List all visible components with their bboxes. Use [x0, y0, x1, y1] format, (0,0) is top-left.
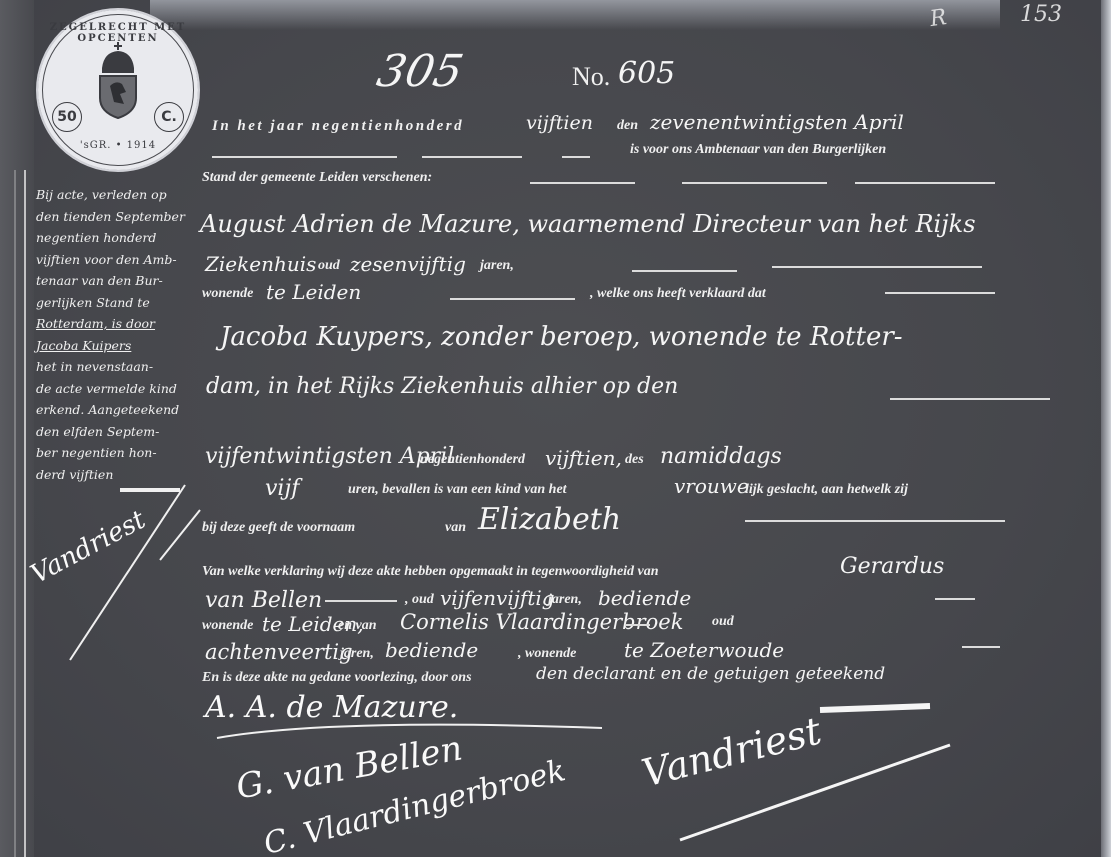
- printed-oud-3: oud: [712, 614, 734, 630]
- margin-line: vijftien voor den Amb-: [36, 249, 206, 271]
- printed-van: van: [445, 520, 466, 536]
- crowned-lion-crest-icon: [96, 42, 140, 120]
- margin-line: tenaar van den Bur-: [36, 270, 206, 292]
- margin-rule-faint: [14, 170, 16, 857]
- stamp-unit: C.: [154, 102, 184, 132]
- printed-ambtenaar: is voor ons Ambtenaar van den Burgerlijk…: [630, 142, 886, 158]
- scan-edge-glow: [150, 0, 1000, 30]
- printed-geslacht: lijk geslacht, aan hetwelk zij: [745, 482, 908, 498]
- hand-geteekend: den declarant en de getuigen geteekend: [536, 664, 885, 684]
- witness1-surname: van Bellen: [205, 588, 322, 613]
- witness1-first-name: Gerardus: [840, 554, 944, 579]
- document-page: R 153 ZEGELRECHT MET OPCENTEN 50 C. 'sGR…: [0, 0, 1111, 857]
- birth-place: dam, in het Rijks Ziekenhuis alhier op d…: [206, 374, 678, 399]
- margin-line: gerlijken Stand te: [36, 292, 206, 314]
- witness1-occupation: bediende: [598, 586, 691, 610]
- stamp-value: 50: [52, 102, 82, 132]
- stamp-arc-text: ZEGELRECHT MET OPCENTEN: [38, 22, 198, 44]
- witness2-age: achtenveertig: [205, 640, 353, 664]
- stamp-bottom-text: 'sGR. • 1914: [38, 140, 198, 151]
- tax-stamp: ZEGELRECHT MET OPCENTEN 50 C. 'sGR. • 19…: [36, 8, 200, 172]
- printed-bevallen: uren, bevallen is van een kind van het: [348, 482, 567, 498]
- printed-jaren-3: jaren,: [340, 646, 374, 662]
- printed-oud: oud: [318, 258, 340, 274]
- margin-rule: [24, 170, 26, 857]
- page-number: 153: [1020, 2, 1062, 27]
- printed-intro: In het jaar negentienhonderd: [212, 118, 464, 135]
- margin-line: de acte vermelde kind: [36, 378, 206, 400]
- witness2-occupation: bediende: [385, 638, 478, 662]
- binding-margin: [0, 0, 34, 857]
- hand-birth-year: vijftien,: [545, 446, 622, 470]
- witness2-name: Cornelis Vlaardingerbroek: [400, 610, 683, 634]
- witness1-age: vijfenvijftig: [440, 586, 555, 610]
- act-number: 605: [618, 56, 675, 91]
- official-flourish-icon: [600, 690, 1000, 850]
- printed-stand: Stand der gemeente Leiden verschenen:: [202, 170, 432, 186]
- signature-flourish-icon: [60, 470, 220, 670]
- child-given-name: Elizabeth: [478, 502, 621, 537]
- hand-hour: vijf: [265, 476, 299, 501]
- hand-birth-day: vijfentwintigsten April: [205, 444, 454, 469]
- printed-wonende-3: , wonende: [518, 646, 576, 662]
- margin-line: ber negentien hon-: [36, 442, 206, 464]
- printed-negentienhonderd: negentienhonderd: [420, 452, 525, 468]
- margin-line: het in nevenstaan-: [36, 356, 206, 378]
- printed-voorlezing: En is deze akte na gedane voorlezing, do…: [202, 670, 472, 686]
- hand-time-of-day: namiddags: [660, 444, 782, 469]
- printed-verklaard: , welke ons heeft verklaard dat: [590, 286, 766, 302]
- margin-line: negentien honderd: [36, 227, 206, 249]
- hand-residence-declarant: te Leiden: [266, 280, 361, 304]
- act-number-prefix: No.: [572, 62, 610, 92]
- printed-voornaam: bij deze geeft de voornaam: [202, 520, 355, 536]
- scan-right-edge: [1101, 0, 1111, 857]
- corner-mark: R: [928, 5, 948, 32]
- printed-oud-2: , oud: [405, 592, 434, 608]
- printed-des: des: [625, 452, 644, 468]
- margin-line-mother: Jacoba Kuipers: [36, 335, 206, 357]
- printed-verklaring: Van welke verklaring wij deze akte hebbe…: [202, 564, 659, 580]
- hand-date: zevenentwintigsten April: [650, 110, 904, 134]
- witness2-residence: te Zoeterwoude: [624, 638, 784, 662]
- margin-line: Bij acte, verleden op: [36, 184, 206, 206]
- hand-sex: vrouwe: [674, 474, 749, 498]
- margin-line: den tienden September: [36, 206, 206, 228]
- printed-wonende: wonende: [202, 286, 253, 302]
- register-number: 305: [373, 46, 468, 97]
- margin-line: Rotterdam, is door: [36, 313, 206, 335]
- declarant-name-occupation: August Adrien de Mazure, waarnemend Dire…: [200, 210, 976, 238]
- hand-age-declarant: zesenvijftig: [350, 252, 466, 276]
- mother-name-residence: Jacoba Kuypers, zonder beroep, wonende t…: [220, 322, 903, 352]
- margin-line: den elfden Septem-: [36, 421, 206, 443]
- printed-den: den: [617, 118, 638, 134]
- printed-jaren-2: jaren,: [548, 592, 582, 608]
- printed-jaren: jaren,: [480, 258, 514, 274]
- hand-year: vijftien: [526, 112, 593, 134]
- hand-ziekenhuis: Ziekenhuis: [205, 252, 316, 276]
- marginal-annotation: Bij acte, verleden op den tienden Septem…: [36, 184, 206, 485]
- margin-line: erkend. Aangeteekend: [36, 399, 206, 421]
- printed-en-van: en van: [338, 618, 377, 634]
